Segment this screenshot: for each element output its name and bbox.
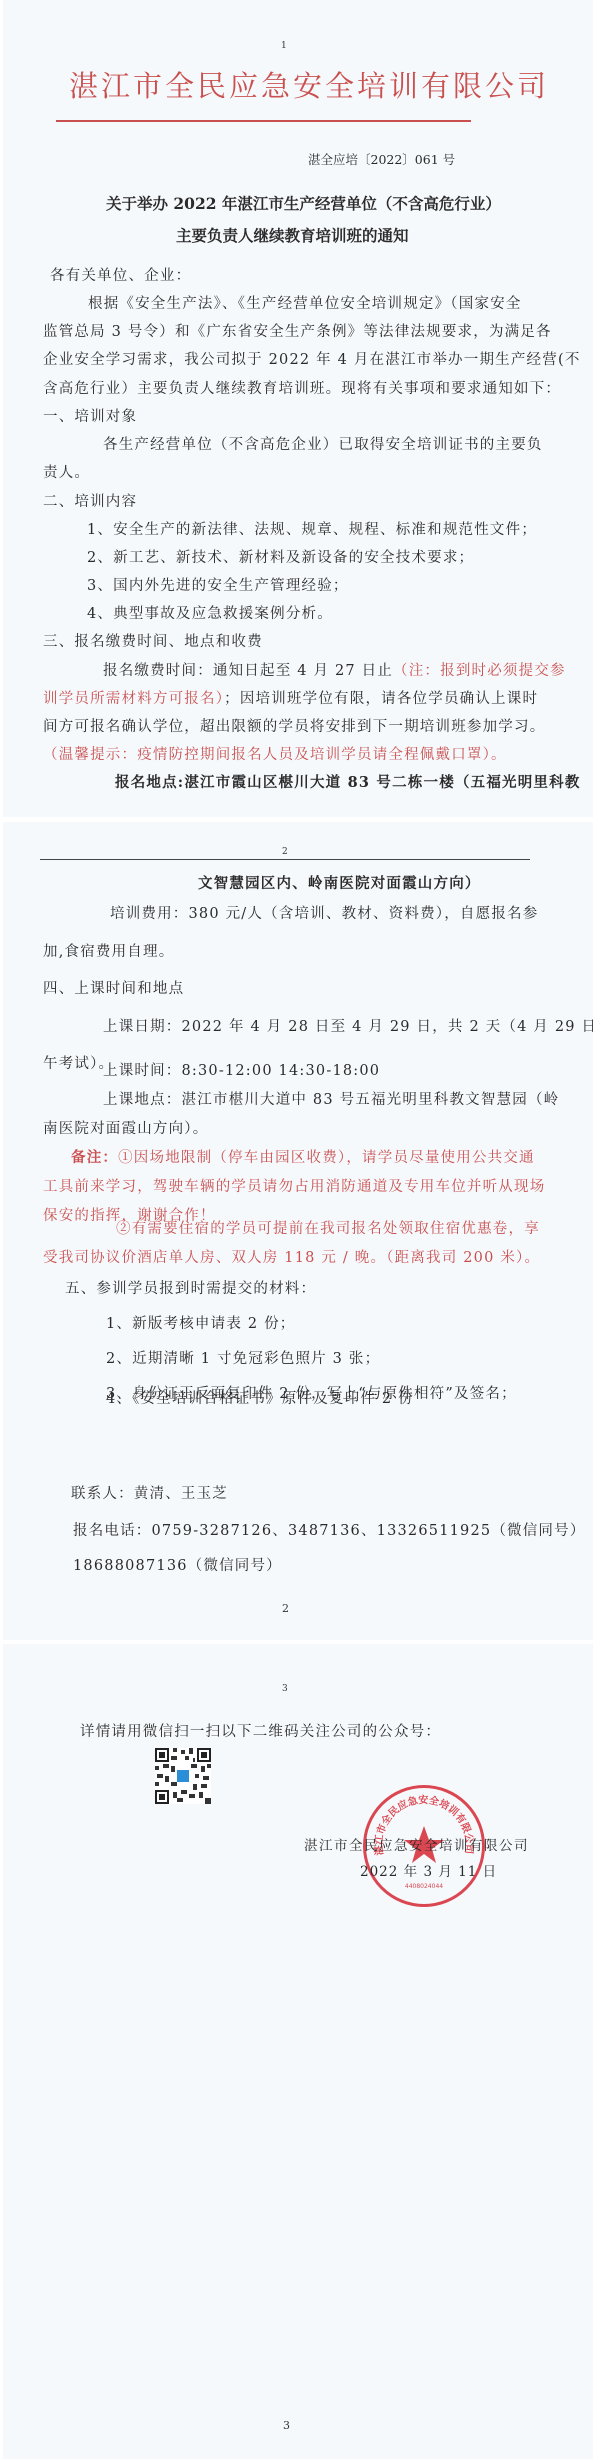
contact-person: 联系人：黄清、王玉芝 [71,1482,228,1503]
registration-note: （注：报到时必须提交参 [393,663,566,679]
section-heading: 一、培训对象 [43,405,137,426]
page-number-top: 3 [282,1684,288,1694]
letterhead-divider [56,120,471,122]
intro-line: 企业安全学习需求，我公司拟于 2022 年 4 月在湛江市举办一期生产经营(不 [43,348,581,369]
phone-line: 报名电话：0759-3287126、3487136、13326511925（微信… [73,1519,586,1540]
registration-text: 间方可报名确认学位，超出限额的学员将安排到下一期培训班参加学习。 [43,715,545,736]
registration-time-line: 训学员所需材料方可报名）；因培训班学位有限，请各位学员确认上课时 [43,687,538,708]
registration-note: 训学员所需材料方可报名） [43,691,224,707]
registration-time-line: 报名缴费时间：通知日起至 4 月 27 日止（注：报到时必须提交参 [103,659,566,680]
intro-line: 含高危行业）主要负责人继续教育培训班。现将有关事项和要求通知如下： [43,377,561,398]
list-item: 4、《安全培训合格证书》原件及复印件 2 份 [106,1387,414,1408]
registration-text: ；因培训班学位有限，请各位学员确认上课时 [224,691,538,707]
salutation: 各有关单位、企业： [50,264,191,285]
signature-company: 湛江市全民应急安全培训有限公司 [304,1834,529,1854]
page-number-top: 2 [282,847,288,857]
registration-location: 报名地点:湛江市霞山区椹川大道 83 号二栋一楼（五福光明里科教 [115,771,581,792]
page-number-bottom: 3 [283,2419,290,2432]
document-page-1: 1 湛江市全民应急安全培训有限公司 湛全应培〔2022〕061 号 关于举办 2… [3,0,593,817]
class-place: 上课地点：湛江市椹川大道中 83 号五福光明里科教文智慧园（岭 [103,1088,559,1109]
list-item: 1、新版考核申请表 2 份； [106,1312,295,1333]
registration-time: 报名缴费时间：通知日起至 4 月 27 日止 [103,663,393,679]
section-heading: 三、报名缴费时间、地点和收费 [43,630,263,651]
document-page-2: 2 文智慧园区内、岭南医院对面霞山方向） 培训费用：380 元/人（含培训、教材… [3,822,593,1640]
epidemic-reminder: （温馨提示：疫情防控期间报名人员及培训学员请全程佩戴口罩）。 [43,743,507,764]
list-item: 2、近期清晰 1 寸免冠彩色照片 3 张； [106,1347,380,1368]
class-time: 上课时间：8:30-12:00 14:30-18:00 [103,1059,380,1080]
registration-location-cont: 文智慧园区内、岭南医院对面霞山方向） [198,872,481,893]
note-1-line: 工具前来学习，驾驶车辆的学员请勿占用消防通道及专用车位并听从现场 [43,1175,545,1196]
list-item: 3、国内外先进的安全生产管理经验； [87,574,349,595]
intro-line: 根据《安全生产法》、《生产经营单位安全培训规定》（国家安全 [88,292,522,313]
letterhead-title: 湛江市全民应急安全培训有限公司 [69,64,549,105]
fee-line: 加,食宿费用自理。 [43,940,174,961]
document-title-line-1: 关于举办 2022 年湛江市生产经营单位（不含高危行业） [106,192,501,214]
document-number: 湛全应培〔2022〕061 号 [308,150,455,168]
section-heading: 五、参训学员报到时需提交的材料： [65,1277,316,1298]
section-heading: 二、培训内容 [43,490,137,511]
page-number-bottom: 1 [281,776,287,786]
svg-text:4408024044: 4408024044 [405,1883,443,1890]
class-date: 上课日期：2022 年 4 月 28 日至 4 月 29 日，共 2 天（4 月… [103,1015,593,1036]
section-text: 责人。 [43,461,90,482]
phone-line: 18688087136（微信同号） [73,1554,282,1575]
class-place: 南医院对面霞山方向）。 [43,1117,208,1138]
document-title-line-2: 主要负责人继续教育培训班的通知 [176,224,409,246]
header-divider [40,859,530,860]
section-heading: 四、上课时间和地点 [43,977,184,998]
wechat-qr-code-icon[interactable] [155,1748,211,1804]
wechat-prompt: 详情请用微信扫一扫以下二维码关注公司的公众号： [80,1720,441,1741]
list-item: 4、典型事故及应急救援案例分析。 [87,602,333,623]
note-1: 备注：①因场地限制（停车由园区收费），请学员尽量使用公共交通 [71,1146,535,1167]
intro-line: 监管总局 3 号令）和《广东省安全生产条例》等法律法规要求，为满足各 [43,320,552,341]
document-page-3: 3 详情请用微信扫一扫以下二维码关注公司的公众号： [3,1644,593,2459]
note-2-line: 受我司协议价酒店单人房、双人房 118 元 / 晚。（距离我司 200 米）。 [43,1246,540,1267]
page-number-bottom: 2 [282,1602,289,1615]
note-label: 备注： [71,1149,118,1166]
list-item: 2、新工艺、新技术、新材料及新设备的安全技术要求； [87,546,474,567]
fee-line: 培训费用：380 元/人（含培训、教材、资料费），自愿报名参 [110,902,538,923]
list-item: 1、安全生产的新法律、法规、规章、规程、标准和规范性文件； [87,518,537,539]
note-2-line: ②有需要住宿的学员可提前在我司报名处领取住宿优惠卷，享 [116,1217,540,1238]
page-number-top: 1 [281,41,287,51]
section-text: 各生产经营单位（不含高危企业）已取得安全培训证书的主要负 [103,433,543,454]
qr-code-icon [155,1748,211,1804]
signature-date: 2022 年 3 月 11 日 [360,1860,497,1880]
